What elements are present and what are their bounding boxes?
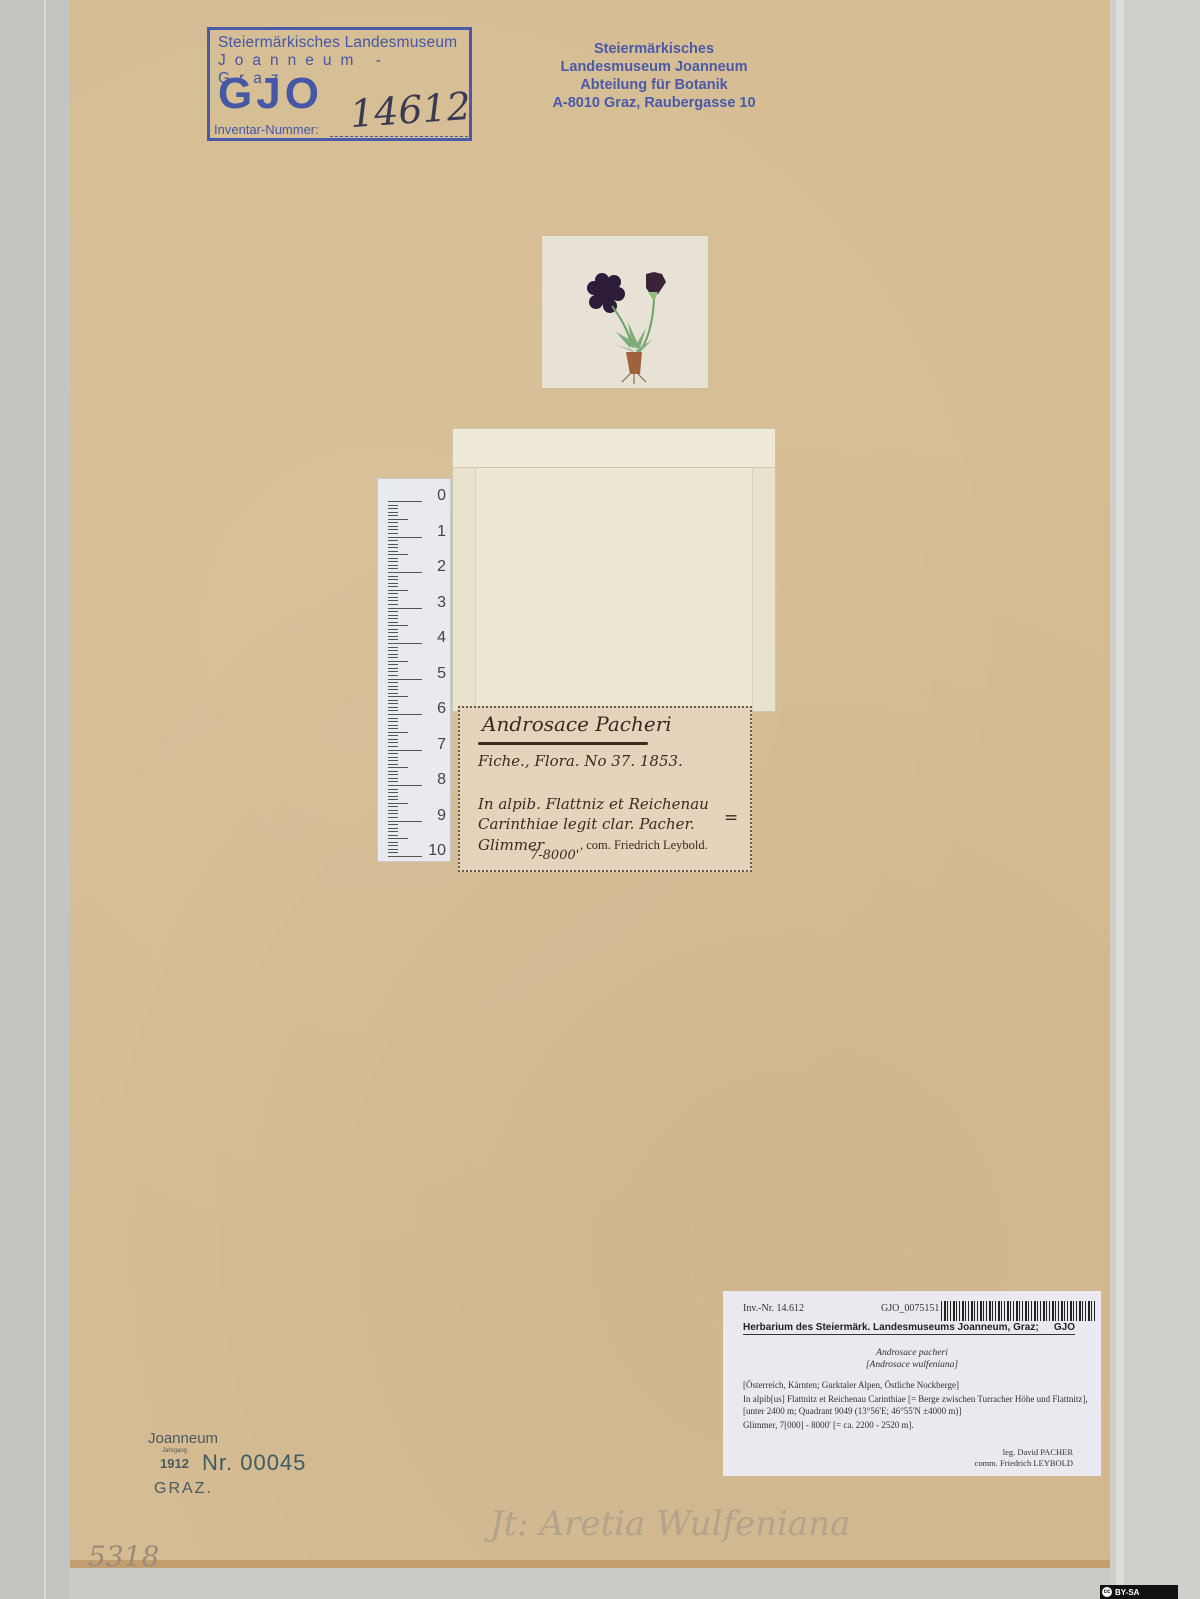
ruler-mark-3: 3	[437, 594, 446, 612]
ruler-tick	[388, 600, 398, 601]
handwritten-comm: , com. Friedrich Leybold.	[580, 838, 708, 853]
ruler-tick	[388, 586, 398, 587]
ruler-tick	[388, 739, 398, 740]
ruler-tick	[388, 760, 398, 761]
ruler-tick	[388, 629, 398, 630]
ruler-tick	[388, 611, 398, 612]
ruler-tick	[388, 781, 398, 782]
label-header-institution: Herbarium des Steiermärk. Landesmuseums …	[743, 1322, 1039, 1333]
ruler-tick	[388, 842, 398, 843]
handwritten-reference: Fiche., Flora. No 37. 1853.	[478, 752, 683, 770]
ruler-tick	[388, 519, 408, 520]
ruler-mark-6: 6	[437, 700, 446, 718]
joanneum-year: 1912	[160, 1456, 189, 1471]
label-collectors: leg. David PACHER comm. Friedrich LEYBOL…	[975, 1447, 1073, 1469]
handwritten-mark: =	[724, 808, 738, 828]
address-line-2: Landesmuseum Joanneum	[546, 58, 762, 76]
ruler-tick	[388, 597, 398, 598]
ruler-tick	[388, 852, 398, 853]
ruler-tick	[388, 764, 398, 765]
handwritten-elevation: 7-8000'	[530, 848, 579, 863]
ruler-tick	[388, 593, 398, 594]
ruler-tick	[388, 689, 398, 690]
inventory-number: 14612	[349, 84, 473, 136]
ruler-tick	[388, 817, 398, 818]
ruler-tick	[388, 750, 422, 751]
ruler-tick	[388, 728, 398, 729]
ruler-tick	[388, 707, 398, 708]
ruler-tick	[388, 604, 398, 605]
label-communicator: comm. Friedrich LEYBOLD	[975, 1458, 1073, 1469]
license-badge[interactable]: cc BY-SA	[1100, 1585, 1178, 1599]
ruler-tick	[388, 579, 398, 580]
inventory-label: Inventar-Nummer:	[214, 122, 319, 137]
joanneum-number: Nr. 00045	[202, 1450, 306, 1476]
ruler-tick	[388, 583, 398, 584]
ruler-tick	[388, 501, 422, 502]
ruler-tick	[388, 767, 408, 768]
cc-icon: cc	[1102, 1587, 1112, 1597]
ruler-tick	[388, 835, 398, 836]
stamp-line-1: Steiermärkisches Landesmuseum	[218, 34, 457, 52]
ruler-tick	[388, 718, 398, 719]
ruler-tick	[388, 792, 398, 793]
scanner-background-left	[0, 0, 70, 1599]
ruler-tick	[388, 576, 398, 577]
ruler-mark-7: 7	[437, 736, 446, 754]
ruler-tick	[388, 537, 422, 538]
ruler-tick	[388, 721, 398, 722]
ruler-tick	[388, 529, 398, 530]
ruler-tick	[388, 682, 398, 683]
label-locality: In alpib[us] Flattnitz et Reichenau Cari…	[743, 1393, 1093, 1417]
label-collector: leg. David PACHER	[975, 1447, 1073, 1458]
stamp-code: GJO	[218, 70, 323, 118]
ruler-tick	[388, 632, 398, 633]
ruler-tick	[388, 622, 398, 623]
ruler-tick	[388, 526, 398, 527]
ruler-tick	[388, 799, 398, 800]
ruler-tick	[388, 522, 398, 523]
ruler-mark-5: 5	[437, 665, 446, 683]
ruler-tick	[388, 693, 398, 694]
ruler-tick	[388, 615, 398, 616]
license-text: BY-SA	[1115, 1588, 1139, 1597]
ruler-tick	[388, 789, 398, 790]
ruler-tick	[388, 618, 398, 619]
plant-drawing	[542, 236, 708, 388]
ruler-tick	[388, 771, 398, 772]
ruler-tick	[388, 774, 398, 775]
ruler-tick	[388, 572, 422, 573]
ruler-tick	[388, 710, 398, 711]
capsule-fold-left	[453, 429, 476, 711]
ruler-tick	[388, 661, 408, 662]
ruler-tick	[388, 821, 422, 822]
ruler-tick	[388, 803, 408, 804]
handwritten-locality-line-1: In alpib. Flattniz et Reichenau	[478, 794, 709, 814]
label-habitat: Glimmer, 7[000] - 8000' [= ca. 2200 - 25…	[743, 1419, 1093, 1431]
pencil-corner-number: 5318	[88, 1540, 159, 1573]
capsule-flap	[453, 429, 775, 468]
ruler-tick	[388, 547, 398, 548]
ruler-tick	[388, 608, 422, 609]
label-inventory: Inv.-Nr. 14.612	[743, 1303, 804, 1314]
ruler-tick	[388, 831, 398, 832]
ruler-tick	[388, 512, 398, 513]
ruler-tick	[388, 551, 398, 552]
original-handwritten-label: Androsace Pacheri Fiche., Flora. No 37. …	[458, 706, 752, 872]
handwritten-locality-line-2: Carinthiae legit clar. Pacher.	[478, 814, 709, 834]
ruler-tick	[388, 508, 398, 509]
ruler-tick	[388, 568, 398, 569]
joanneum-year-label: Jahrgang	[162, 1448, 187, 1454]
ruler-tick	[388, 714, 422, 715]
ruler-tick	[388, 796, 398, 797]
ruler-tick	[388, 558, 398, 559]
ruler-tick	[388, 540, 398, 541]
ruler-tick	[388, 746, 398, 747]
ruler-tick	[388, 725, 398, 726]
joanneum-name: Joanneum	[148, 1430, 218, 1447]
scanner-background-right	[1110, 0, 1200, 1599]
ruler-mark-1: 1	[437, 523, 446, 541]
sheet-bottom-edge	[70, 1560, 1110, 1568]
label-header: Herbarium des Steiermärk. Landesmuseums …	[743, 1322, 1075, 1335]
capsule-fold-right	[752, 429, 775, 711]
ruler-tick	[388, 565, 398, 566]
specimen-capsule[interactable]	[452, 428, 776, 712]
ruler-tick	[388, 828, 398, 829]
ruler-tick	[388, 544, 398, 545]
ruler-tick	[388, 657, 398, 658]
ruler-mark-0: 0	[437, 487, 446, 505]
ruler-tick	[388, 664, 398, 665]
ruler-tick	[388, 703, 398, 704]
ruler-tick	[388, 813, 398, 814]
museum-stamp-box: Steiermärkisches Landesmuseum Joanneum -…	[207, 27, 472, 141]
label-region: [Österreich, Kärnten; Gurktaler Alpen, Ö…	[743, 1379, 1093, 1391]
ruler-tick	[388, 696, 408, 697]
address-line-3: Abteilung für Botanik	[546, 76, 762, 94]
ruler-tick	[388, 757, 398, 758]
androsace-illustration-icon	[542, 236, 708, 388]
ruler-tick	[388, 845, 398, 846]
ruler-tick	[388, 810, 398, 811]
ruler-tick	[388, 778, 398, 779]
label-taxon: Androsace pacheri [Androsace wulfeniana]	[723, 1347, 1101, 1371]
printed-herbarium-label: Inv.-Nr. 14.612 GJO_0075151 Herbarium de…	[723, 1291, 1101, 1476]
ruler-tick	[388, 785, 422, 786]
label-locality-block: [Österreich, Kärnten; Gurktaler Alpen, Ö…	[743, 1379, 1093, 1431]
label-taxon-accepted: [Androsace wulfeniana]	[723, 1359, 1101, 1371]
ruler-mark-2: 2	[437, 558, 446, 576]
taxon-underline	[478, 742, 648, 745]
ruler-tick	[388, 849, 398, 850]
ruler-mark-8: 8	[437, 771, 446, 789]
ruler-tick	[388, 686, 398, 687]
ruler-tick	[388, 654, 398, 655]
ruler-tick	[388, 824, 398, 825]
label-header-code: GJO	[1054, 1322, 1075, 1333]
address-line-4: A-8010 Graz, Raubergasse 10	[546, 94, 762, 112]
ruler-tick	[388, 554, 408, 555]
ruler-tick	[388, 643, 422, 644]
barcode	[941, 1301, 1095, 1321]
ruler-tick	[388, 679, 422, 680]
ruler-tick	[388, 806, 398, 807]
ruler-tick	[388, 647, 398, 648]
ruler-tick	[388, 505, 398, 506]
label-catalog-id: GJO_0075151	[881, 1303, 939, 1314]
ruler-tick	[388, 590, 408, 591]
ruler-tick	[388, 732, 408, 733]
ruler-tick	[388, 675, 398, 676]
joanneum-city: GRAZ.	[154, 1480, 213, 1498]
ruler-mark-4: 4	[437, 629, 446, 647]
ruler-tick	[388, 515, 398, 516]
ruler-tick	[388, 838, 408, 839]
ruler-tick	[388, 700, 398, 701]
ruler-tick	[388, 668, 398, 669]
ruler-tick	[388, 856, 422, 857]
pencil-determination: Jt: Aretia Wulfeniana	[490, 1504, 850, 1544]
ruler-tick	[388, 636, 398, 637]
ruler-tick	[388, 639, 398, 640]
ruler-mark-10: 10	[428, 842, 446, 860]
ruler-tick	[388, 671, 398, 672]
ruler-tick	[388, 735, 398, 736]
ruler-tick	[388, 753, 398, 754]
ruler-mark-9: 9	[437, 807, 446, 825]
ruler-tick	[388, 561, 398, 562]
handwritten-taxon: Androsace Pacheri	[482, 712, 672, 736]
handwritten-locality: In alpib. Flattniz et Reichenau Carinthi…	[478, 794, 709, 834]
ruler-tick	[388, 625, 408, 626]
ruler-tick	[388, 650, 398, 651]
label-taxon-name: Androsace pacheri	[723, 1347, 1101, 1359]
address-line-1: Steiermärkisches	[546, 40, 762, 58]
ruler-tick	[388, 533, 398, 534]
scale-ruler: 012345678910	[377, 478, 451, 862]
address-stamp: Steiermärkisches Landesmuseum Joanneum A…	[546, 40, 762, 112]
ruler-tick	[388, 742, 398, 743]
